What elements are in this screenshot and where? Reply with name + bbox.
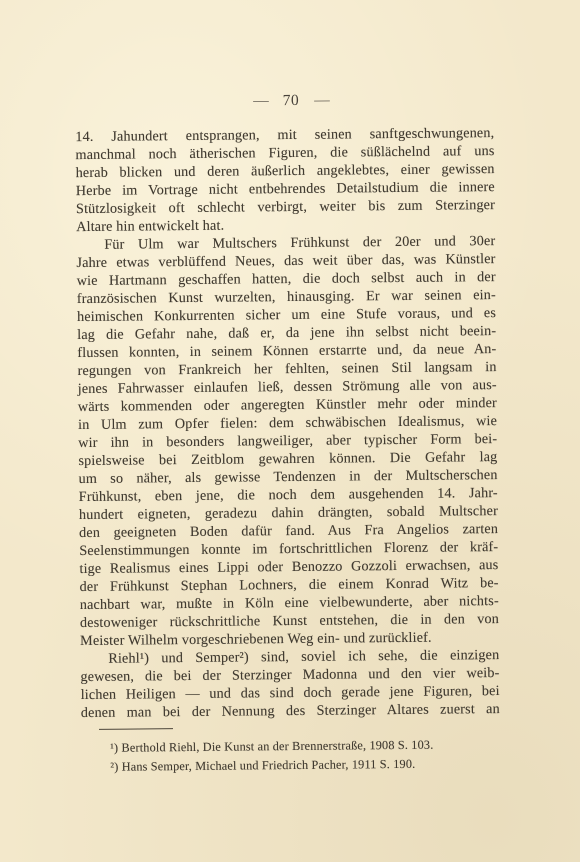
scanned-sheet: — 70 — 14. Jahundert entsprangen, mit se… bbox=[0, 0, 580, 862]
header-right-dash: — bbox=[314, 93, 329, 108]
page-number: 70 bbox=[283, 92, 300, 110]
paragraph: 14. Jahundert entsprangen, mit seinen sa… bbox=[75, 124, 495, 236]
footnotes: ¹) Berthold Riehl, Die Kunst an der Bren… bbox=[81, 735, 500, 776]
paragraph: Für Ulm war Multschers Frühkunst der 20e… bbox=[76, 232, 499, 650]
paragraph: Riehl¹) und Semper²) sind, soviel ich se… bbox=[80, 646, 500, 722]
book-page: — 70 — 14. Jahundert entsprangen, mit se… bbox=[0, 0, 580, 862]
text-line: denen man bei der Nennung des Sterzinger… bbox=[81, 700, 500, 722]
page-header: — 70 — bbox=[1, 89, 580, 113]
header-left-dash: — bbox=[253, 94, 268, 109]
body-text: 14. Jahundert entsprangen, mit seinen sa… bbox=[75, 124, 500, 722]
footnote-separator-rule bbox=[99, 728, 173, 730]
footnote: ²) Hans Semper, Michael und Friedrich Pa… bbox=[81, 754, 500, 777]
